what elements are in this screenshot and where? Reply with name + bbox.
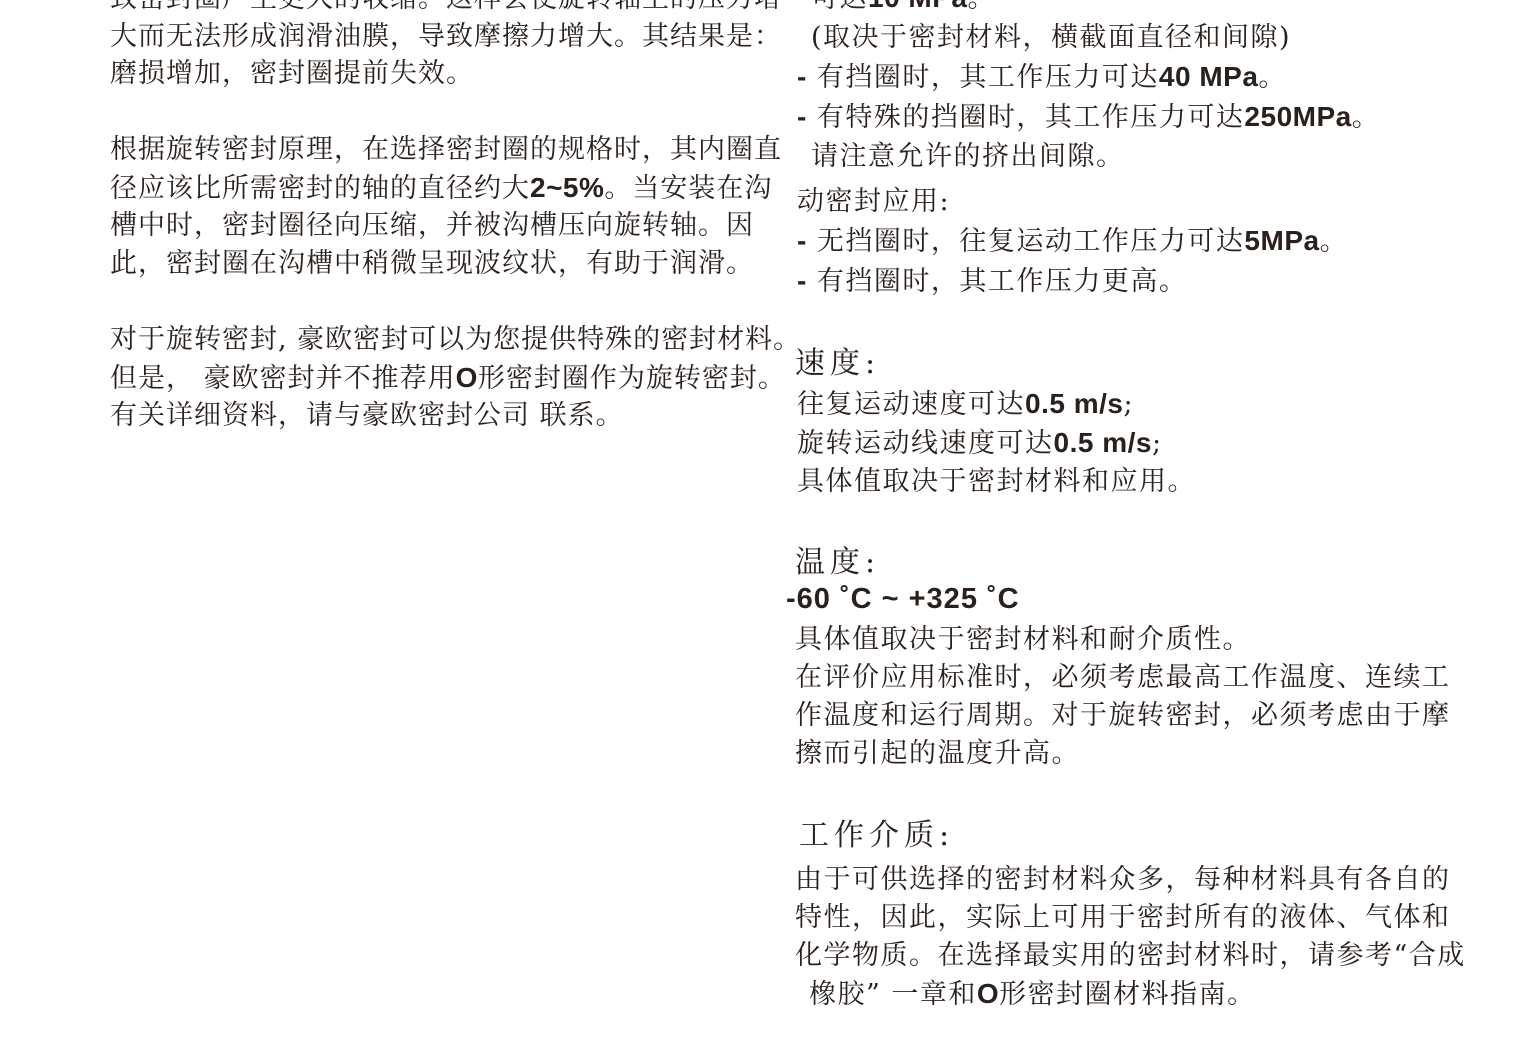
text-line: 在评价应用标准时，必须考虑最高工作温度、连续工 xyxy=(795,659,1451,697)
body-text: 具体值取决于密封材料和耐介质性。 xyxy=(795,624,1251,655)
body-text: 有挡圈时，其工作压力可达 xyxy=(807,62,1159,93)
body-text: 但是， 豪欧密封并不推荐用 xyxy=(110,363,456,394)
body-text: 可达 xyxy=(811,0,868,14)
emphasis-text: -60 ˚C ~ +325 ˚C xyxy=(786,583,1020,615)
text-line: - 无挡圈时，往复运动工作压力可达5MPa。 xyxy=(797,221,1497,261)
text-line: 化学物质。在选择最实用的密封材料时，请参考“合成 xyxy=(795,937,1466,975)
emphasis-text: - xyxy=(797,61,807,92)
body-text: 根据旋转密封原理，在选择密封圈的规格时，其内圈直 xyxy=(110,134,782,165)
body-text: 形密封圈作为旋转密封。 xyxy=(478,363,786,394)
paragraph-rotary-seal-principle: 根据旋转密封原理，在选择密封圈的规格时，其内圈直径应该比所需密封的轴的直径约大2… xyxy=(110,131,780,282)
text-line: 往复运动速度可达0.5 m/s; xyxy=(797,385,1196,424)
body-text: 。 xyxy=(1352,102,1381,133)
text-line: 具体值取决于密封材料和应用。 xyxy=(797,463,1196,501)
text-line: 动密封应用: xyxy=(797,182,1497,221)
body-text: 对于旋转密封, 豪欧密封可以为您提供特殊的密封材料。 xyxy=(110,324,801,355)
text-line: 径应该比所需密封的轴的直径约大2~5%。当安装在沟 xyxy=(110,169,780,208)
body-text: 无挡圈时，往复运动工作压力可达 xyxy=(807,226,1245,257)
paragraph-wear-failure: 致密封圈产生更大的收缩。这样会使旋转轴上的压力增大而无法形成润滑油膜，导致摩擦力… xyxy=(110,0,780,93)
body-text: 擦而引起的温度升高。 xyxy=(795,738,1080,769)
body-text: 具体值取决于密封材料和应用。 xyxy=(797,466,1196,497)
text-line: 根据旋转密封原理，在选择密封圈的规格时，其内圈直 xyxy=(110,131,780,169)
text-line: 槽中时，密封圈径向压缩，并被沟槽压向旋转轴。因 xyxy=(110,207,780,245)
temperature-block: 具体值取决于密封材料和耐介质性。在评价应用标准时，必须考虑最高工作温度、连续工作… xyxy=(795,621,1451,773)
text-line: - 有特殊的挡圈时，其工作压力可达250MPa。 xyxy=(797,97,1497,137)
document-page: 致密封圈产生更大的收缩。这样会使旋转轴上的压力增大而无法形成润滑油膜，导致摩擦力… xyxy=(0,0,1524,1053)
body-text: 化学物质。在选择最实用的密封材料时，请参考“合成 xyxy=(795,940,1466,971)
body-text: 特性，因此，实际上可用于密封所有的液体、气体和 xyxy=(795,902,1451,933)
body-text: 橡胶” 一章和 xyxy=(809,979,977,1010)
working-media-block: 由于可供选择的密封材料众多，每种材料具有各自的特性，因此，实际上可用于密封所有的… xyxy=(795,861,1466,1014)
body-text: 旋转运动线速度可达 xyxy=(797,428,1054,459)
text-line: 请注意允许的挤出间隙。 xyxy=(797,137,1497,176)
emphasis-text: O xyxy=(977,978,999,1009)
text-line: 擦而引起的温度升高。 xyxy=(795,735,1451,773)
body-text: 有挡圈时，其工作压力更高。 xyxy=(807,266,1188,297)
text-line: - 有挡圈时，其工作压力更高。 xyxy=(797,261,1497,301)
body-text: 有关详细资料，请与豪欧密封公司 联系。 xyxy=(110,400,624,431)
emphasis-text: 0.5 m/s xyxy=(1025,388,1123,419)
body-text: ; xyxy=(1152,428,1163,459)
body-text: 由于可供选择的密封材料众多，每种材料具有各自的 xyxy=(795,864,1451,895)
emphasis-text: O xyxy=(456,362,478,393)
working-media-heading: 工作介质: xyxy=(799,810,954,854)
text-line: 有关详细资料，请与豪欧密封公司 联系。 xyxy=(110,397,800,435)
text-line: - 有挡圈时，其工作压力可达40 MPa。 xyxy=(797,57,1497,97)
emphasis-text: - xyxy=(797,225,807,256)
body-text: 大而无法形成润滑油膜，导致摩擦力增大。其结果是： xyxy=(110,21,782,52)
emphasis-text: - xyxy=(797,265,807,296)
text-line: 旋转运动线速度可达0.5 m/s; xyxy=(797,424,1196,463)
body-text: 有特殊的挡圈时，其工作压力可达 xyxy=(807,102,1245,133)
emphasis-text: 5MPa xyxy=(1244,225,1319,256)
text-line: 特性，因此，实际上可用于密封所有的液体、气体和 xyxy=(795,899,1466,937)
body-text: 在评价应用标准时，必须考虑最高工作温度、连续工 xyxy=(795,662,1451,693)
temperature-heading: 温度: xyxy=(795,537,880,581)
emphasis-text: 40 MPa xyxy=(1159,61,1259,92)
speed-heading: 速度: xyxy=(795,338,880,382)
text-line: 由于可供选择的密封材料众多，每种材料具有各自的 xyxy=(795,861,1466,899)
text-line: 作温度和运行周期。对于旋转密封，必须考虑由于摩 xyxy=(795,697,1451,735)
temperature-range: -60 ˚C ~ +325 ˚C xyxy=(786,582,1020,617)
body-text: 。 xyxy=(1320,226,1349,257)
speed-block: 往复运动速度可达0.5 m/s;旋转运动线速度可达0.5 m/s;具体值取决于密… xyxy=(797,385,1196,501)
text-line: 大而无法形成润滑油膜，导致摩擦力增大。其结果是： xyxy=(110,18,780,56)
paragraph-special-material: 对于旋转密封, 豪欧密封可以为您提供特殊的密封材料。但是， 豪欧密封并不推荐用O… xyxy=(110,321,800,435)
text-line: 橡胶” 一章和O形密封圈材料指南。 xyxy=(795,975,1466,1014)
text-line: 具体值取决于密封材料和耐介质性。 xyxy=(795,621,1451,659)
text-line: (取决于密封材料，横截面直径和间隙) xyxy=(797,18,1497,57)
text-line: 此，密封圈在沟槽中稍微呈现波纹状，有助于润滑。 xyxy=(110,245,780,283)
text-line: 致密封圈产生更大的收缩。这样会使旋转轴上的压力增 xyxy=(110,0,780,18)
body-text: 往复运动速度可达 xyxy=(797,389,1025,420)
text-line: -60 ˚C ~ +325 ˚C xyxy=(786,582,1020,617)
text-line: 可达10 MPa。 xyxy=(797,0,1497,18)
emphasis-text: - xyxy=(797,101,807,132)
emphasis-text: 250MPa xyxy=(1244,101,1351,132)
static-pressure-block: 可达10 MPa。(取决于密封材料，横截面直径和间隙)- 有挡圈时，其工作压力可… xyxy=(797,0,1497,176)
emphasis-text: 2~5% xyxy=(530,172,604,203)
body-text: 形密封圈材料指南。 xyxy=(999,979,1256,1010)
emphasis-text: 10 MPa xyxy=(868,0,968,13)
dynamic-pressure-block: 动密封应用:- 无挡圈时，往复运动工作压力可达5MPa。- 有挡圈时，其工作压力… xyxy=(797,182,1497,301)
body-text: 。当安装在沟 xyxy=(604,173,772,204)
body-text: ; xyxy=(1123,389,1134,420)
text-line: 但是， 豪欧密封并不推荐用O形密封圈作为旋转密封。 xyxy=(110,359,800,398)
text-line: 对于旋转密封, 豪欧密封可以为您提供特殊的密封材料。 xyxy=(110,321,800,359)
body-text: 。 xyxy=(1258,62,1287,93)
body-text: 请注意允许的挤出间隙。 xyxy=(811,141,1125,172)
emphasis-text: 0.5 m/s xyxy=(1054,427,1152,458)
body-text: 槽中时，密封圈径向压缩，并被沟槽压向旋转轴。因 xyxy=(110,210,754,241)
body-text: 致密封圈产生更大的收缩。这样会使旋转轴上的压力增 xyxy=(110,0,782,14)
body-text: 径应该比所需密封的轴的直径约大 xyxy=(110,173,530,204)
body-text: 作温度和运行周期。对于旋转密封，必须考虑由于摩 xyxy=(795,700,1451,731)
body-text: (取决于密封材料，横截面直径和间隙) xyxy=(811,22,1291,53)
text-line: 磨损增加，密封圈提前失效。 xyxy=(110,55,780,93)
body-text: 磨损增加，密封圈提前失效。 xyxy=(110,58,474,89)
body-text: 动密封应用: xyxy=(797,186,950,217)
body-text: 此，密封圈在沟槽中稍微呈现波纹状，有助于润滑。 xyxy=(110,248,754,279)
body-text: 。 xyxy=(968,0,997,14)
